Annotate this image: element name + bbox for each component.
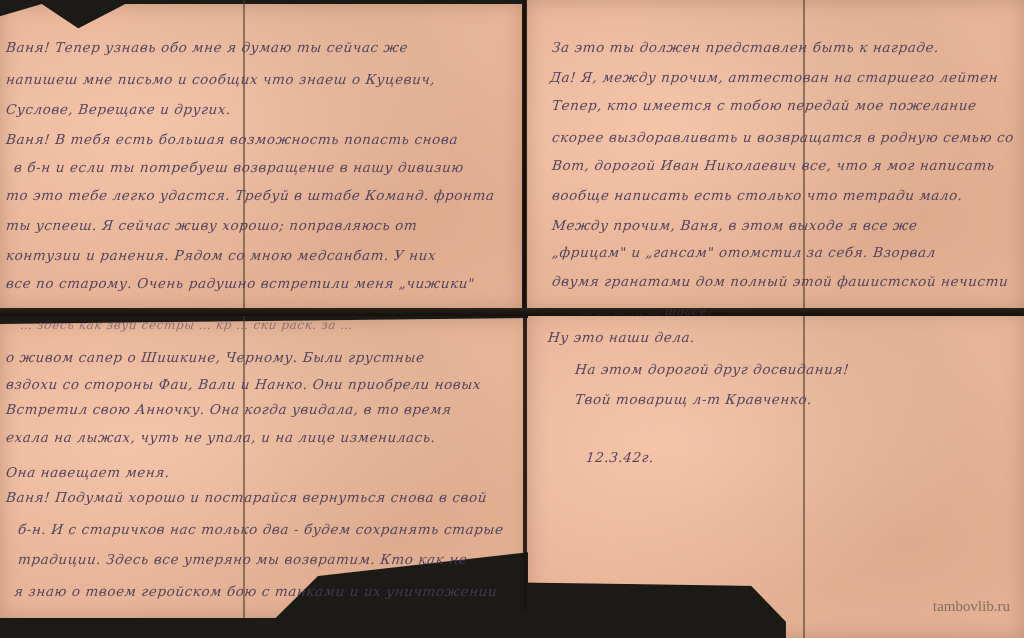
letter-line: скорее выздоравливать и возвращатся в ро… xyxy=(551,130,1015,146)
fold-line-horizontal xyxy=(0,308,1024,316)
letter-line: б-н. И с старичков нас только два - буде… xyxy=(17,522,504,538)
letter-line: „фрицам" и „гансам" отомстил за себя. Вз… xyxy=(551,245,937,261)
letter-line: я знаю о твоем геройском бою с танками и… xyxy=(13,584,498,600)
letter-line: ехала на лыжах, чуть не упала, и на лице… xyxy=(5,430,436,446)
letter-line: Ваня! Тепер узнавь обо мне я думаю ты се… xyxy=(5,40,409,56)
letter-line-obscured: … здесь как звуи сестры … кр … ски раск.… xyxy=(19,318,354,332)
letter-signature: Твой товарищ л-т Кравченко. xyxy=(574,392,813,408)
letter-panel-bottom-right xyxy=(528,312,1024,638)
watermark: tambovlib.ru xyxy=(933,599,1010,616)
letter-line: традиции. Здесь все утеряно мы возвратим… xyxy=(17,552,468,568)
letter-line: двумя гранатами дом полный этой фашистск… xyxy=(551,274,1009,290)
letter-line: ты успееш. Я сейчас живу хорошо; поправл… xyxy=(5,218,418,234)
letter-line: то это тебе легко удастся. Требуй в штаб… xyxy=(5,188,495,204)
letter-line: Тепер, кто имеется с тобою передай мое п… xyxy=(551,98,977,114)
letter-line: о живом сапер о Шишкине, Черному. Были г… xyxy=(5,350,425,366)
letter-line: Встретил свою Анночку. Она когда увидала… xyxy=(5,402,452,418)
letter-line: Ну это наши дела. xyxy=(547,330,696,346)
letter-line: Она навещает меня. xyxy=(5,465,171,481)
letter-line: напишеш мне письмо и сообщих что знаеш о… xyxy=(5,72,436,88)
letter-line: Ваня! В тебя есть большая возможность по… xyxy=(5,132,459,148)
letter-date: 12.3.42г. xyxy=(585,450,655,466)
letter-line: все по старому. Очень радушно встретили … xyxy=(5,276,476,292)
letter-closing: На этом дорогой друг досвидания! xyxy=(574,362,850,378)
letter-line-obscured: … … … … … шоссе. xyxy=(579,304,712,318)
fold-line-vertical-right xyxy=(803,0,805,638)
letter-line: вообще написать есть столько что тетради… xyxy=(551,188,963,204)
letter-line: в б-н и если ты потребуеш возвращение в … xyxy=(13,160,465,176)
letter-line: Вот, дорогой Иван Николаевич все, что я … xyxy=(551,158,995,174)
letter-line: контузии и ранения. Рядом со мною медсан… xyxy=(5,248,437,264)
letter-line: Суслове, Верещаке и других. xyxy=(5,102,232,118)
fold-line-vertical-center xyxy=(523,0,527,610)
letter-line: Ваня! Подумай хорошо и постарайся вернут… xyxy=(5,490,488,506)
letter-line: вздохи со стороны Фаи, Вали и Нанко. Они… xyxy=(5,377,482,393)
letter-line: За это ты должен представлен быть к нагр… xyxy=(551,40,940,56)
letter-line: Между прочим, Ваня, в этом выходе я все … xyxy=(551,218,918,234)
letter-line: Да! Я, между прочим, аттестован на старш… xyxy=(549,70,999,86)
